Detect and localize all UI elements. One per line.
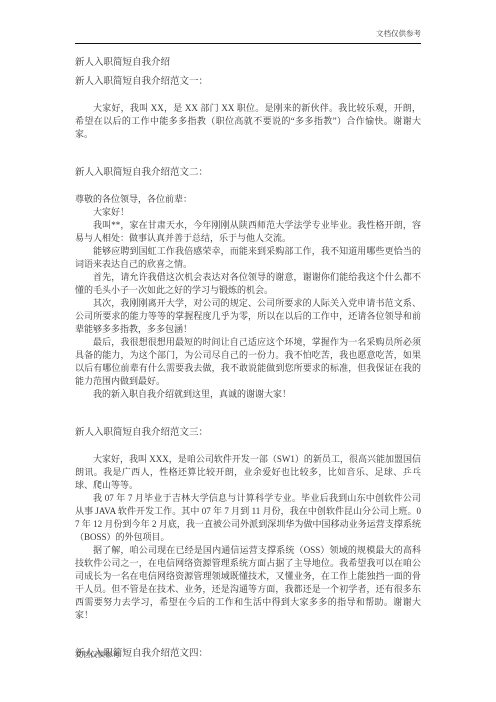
paragraph: 最后，我很想很想用最短的时间让自己适应这个环境，掌握作为一名采购员所必须具备的能…: [75, 336, 421, 388]
section-example-4: 新人入职简短自我介绍范文四：: [75, 648, 421, 661]
document-page: 文档仅供参考 新人入职简短自我介绍 新人入职简短自我介绍范文一：大家好，我叫 X…: [0, 0, 496, 702]
footer-note: 文档仅供参考: [75, 650, 120, 659]
header-note: 文档仅供参考: [376, 29, 421, 38]
page-footer: 文档仅供参考: [75, 649, 120, 661]
section-example-3: 新人入职简短自我介绍范文三：大家好，我叫 XXX，是咱公司软件开发一部（SW1）…: [75, 427, 421, 622]
paragraph: 尊敬的各位领导，各位前辈：: [75, 193, 421, 206]
paragraph: 大家好，我叫 XX，是 XX 部门 XX 职位。是刚来的新伙伴。我比较乐观，开朗…: [75, 102, 421, 141]
paragraph: 大家好！: [75, 206, 421, 219]
section-heading: 新人入职简短自我介绍范文二：: [75, 167, 421, 180]
page-header: 文档仅供参考: [75, 28, 421, 44]
paragraph: 我 07 年 7 月毕业于吉林大学信息与计算科学专业。毕业后我到山东中创软件公司…: [75, 492, 421, 544]
paragraph: 其次，我刚刚离开大学，对公司的规定、公司所要求的人际关入党申请书范文系、公司所要…: [75, 297, 421, 336]
section-example-2: 新人入职简短自我介绍范文二：尊敬的各位领导，各位前辈：大家好！我叫**，家在甘肃…: [75, 167, 421, 401]
section-heading: 新人入职简短自我介绍范文一：: [75, 76, 421, 89]
paragraph: 据了解，咱公司现在已经是国内通信运营支撑系统（OSS）领域的规模最大的高科技软件…: [75, 544, 421, 622]
paragraph: 我的新入职自我介绍就到这里，真诚的谢谢大家！: [75, 388, 421, 401]
section-example-1: 新人入职简短自我介绍范文一：大家好，我叫 XX，是 XX 部门 XX 职位。是刚…: [75, 76, 421, 141]
paragraph: 首先，请允许我借这次机会表达对各位领导的谢意，谢谢你们能给我这个什么都不懂的毛头…: [75, 271, 421, 297]
document-title: 新人入职简短自我介绍: [75, 56, 421, 71]
paragraph: 我叫**，家在甘肃天水，今年刚刚从陕西师范大学法学专业毕业。我性格开朗，容易与人…: [75, 219, 421, 245]
paragraph: 大家好，我叫 XXX，是咱公司软件开发一部（SW1）的新员工，很高兴能加盟国信朗…: [75, 453, 421, 492]
section-heading: 新人入职简短自我介绍范文四：: [75, 648, 421, 661]
document-sections: 新人入职简短自我介绍范文一：大家好，我叫 XX，是 XX 部门 XX 职位。是刚…: [75, 76, 421, 661]
paragraph: 能够应聘到国虹工作我倍感荣幸，而能来到采购部工作，我不知道用哪些更恰当的词语来表…: [75, 245, 421, 271]
section-heading: 新人入职简短自我介绍范文三：: [75, 427, 421, 440]
document-content: 新人入职简短自我介绍 新人入职简短自我介绍范文一：大家好，我叫 XX，是 XX …: [75, 56, 421, 674]
